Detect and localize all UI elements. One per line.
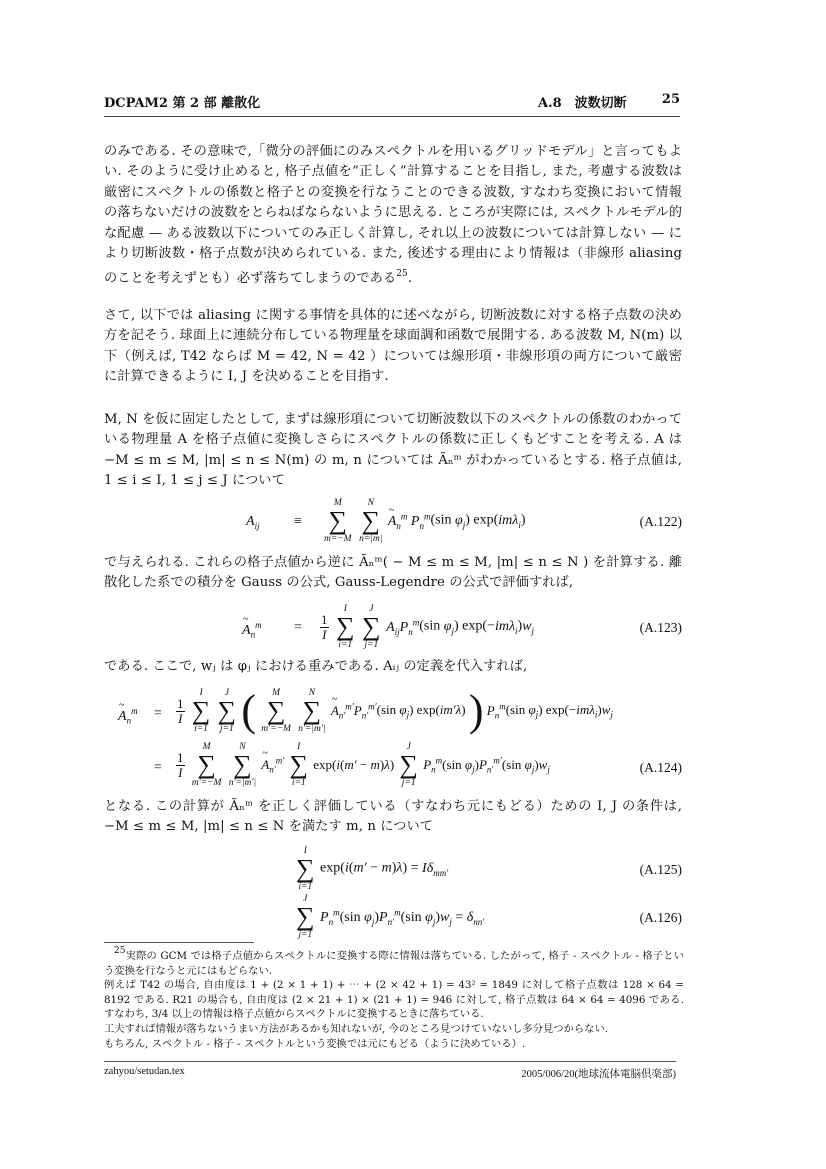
paragraph-3: M, N を仮に固定したとして, まずは線形項について切断波数以下のスペクトルの…	[104, 410, 682, 492]
equation-a125: I∑i=1 exp(i(m′ − m)λ) = Iδmm′ (A.125)	[104, 846, 682, 894]
paragraph-1: のみである. その意味で,「微分の評価にのみスペクトルを用いるグリッドモデル」と…	[104, 142, 682, 290]
footnote-line-1: 実際の GCM では格子点値からスペクトルに変換する際に情報は落ちている. した…	[104, 950, 684, 977]
footer-date: 2005/006/20(地球流体電脳倶楽部)	[521, 1066, 676, 1081]
equation-number: (A.126)	[640, 910, 682, 926]
page-number: 25	[662, 92, 680, 107]
equation-number: (A.123)	[640, 620, 682, 636]
equation-a124-line2: = 1I M∑m′=−M N∑n′=|m′| An′m′ I∑i=1 exp(i…	[104, 742, 682, 796]
paragraph-4: で与えられる. これらの格子点値から逆に Ãₙᵐ( − M ≤ m ≤ M, |…	[104, 553, 682, 594]
equation-a123: Anm = 1I I∑i=1 J∑j=1 AijPnm(sin φj) exp(…	[104, 604, 682, 656]
footnote: 25実際の GCM では格子点値からスペクトルに変換する際に情報は落ちている. …	[104, 944, 684, 1051]
header-title: DCPAM2 第 2 部 離散化	[104, 92, 260, 111]
footer-rule	[104, 1061, 676, 1062]
footnote-ref[interactable]: 25	[396, 269, 408, 279]
footnote-line-4: もちろん, スペクトル - 格子 - スペクトルという変換では元にもどる（ように…	[104, 1037, 684, 1052]
running-header: DCPAM2 第 2 部 離散化 A.8 波数切断 25	[104, 92, 680, 112]
footnote-rule	[104, 942, 254, 943]
paragraph-5-text: である. ここで, wⱼ は φⱼ における重みである. Aᵢⱼ の定義を代入す…	[104, 657, 682, 677]
header-rule	[104, 116, 680, 117]
footer-filename: zahyou/setudan.tex	[104, 1066, 185, 1077]
equation-number: (A.124)	[640, 760, 682, 776]
paragraph-5: である. ここで, wⱼ は φⱼ における重みである. Aᵢⱼ の定義を代入す…	[104, 657, 682, 677]
equation-number: (A.122)	[640, 514, 682, 530]
equation-a122: Aij ≡ M∑m=−M N∑n=|m| Anm Pnm(sin φj) exp…	[104, 498, 682, 548]
equation-number: (A.125)	[640, 862, 682, 878]
header-section: A.8 波数切断	[538, 92, 627, 111]
footnote-line-2: 例えば T42 の場合, 自由度は 1 + (2 × 1 + 1) + ⋯ + …	[104, 978, 684, 1022]
paragraph-4-text: で与えられる. これらの格子点値から逆に Ãₙᵐ( − M ≤ m ≤ M, |…	[104, 553, 682, 594]
paragraph-1-period: .	[408, 271, 412, 286]
paragraph-2-text: さて, 以下では aliasing に関する事情を具体的に述べながら, 切断波数…	[104, 306, 682, 388]
paragraph-6: となる. この計算が Ãₙᵐ を正しく評価している（すなわち元にもどる）ための …	[104, 797, 682, 838]
equation-a126: J∑j=1 Pnm(sin φj)Pn′m(sin φj)wj = δnn′ (…	[104, 894, 682, 942]
paragraph-2: さて, 以下では aliasing に関する事情を具体的に述べながら, 切断波数…	[104, 306, 682, 388]
paragraph-3-text: M, N を仮に固定したとして, まずは線形項について切断波数以下のスペクトルの…	[104, 410, 682, 492]
paragraph-6-text: となる. この計算が Ãₙᵐ を正しく評価している（すなわち元にもどる）ための …	[104, 797, 682, 838]
equation-a124-line1: Anm = 1I I∑i=1 J∑j=1 ( M∑m′=−M N∑n′=|m′|…	[104, 686, 682, 742]
paragraph-1-text: のみである. その意味で,「微分の評価にのみスペクトルを用いるグリッドモデル」と…	[104, 144, 682, 286]
document-page: DCPAM2 第 2 部 離散化 A.8 波数切断 25 のみである. その意味…	[0, 0, 826, 1169]
footnote-marker: 25	[114, 946, 125, 956]
footnote-line-3: 工夫すれば情報が落ちないうまい方法があるかも知れないが, 今のところ見つけていな…	[104, 1022, 684, 1037]
